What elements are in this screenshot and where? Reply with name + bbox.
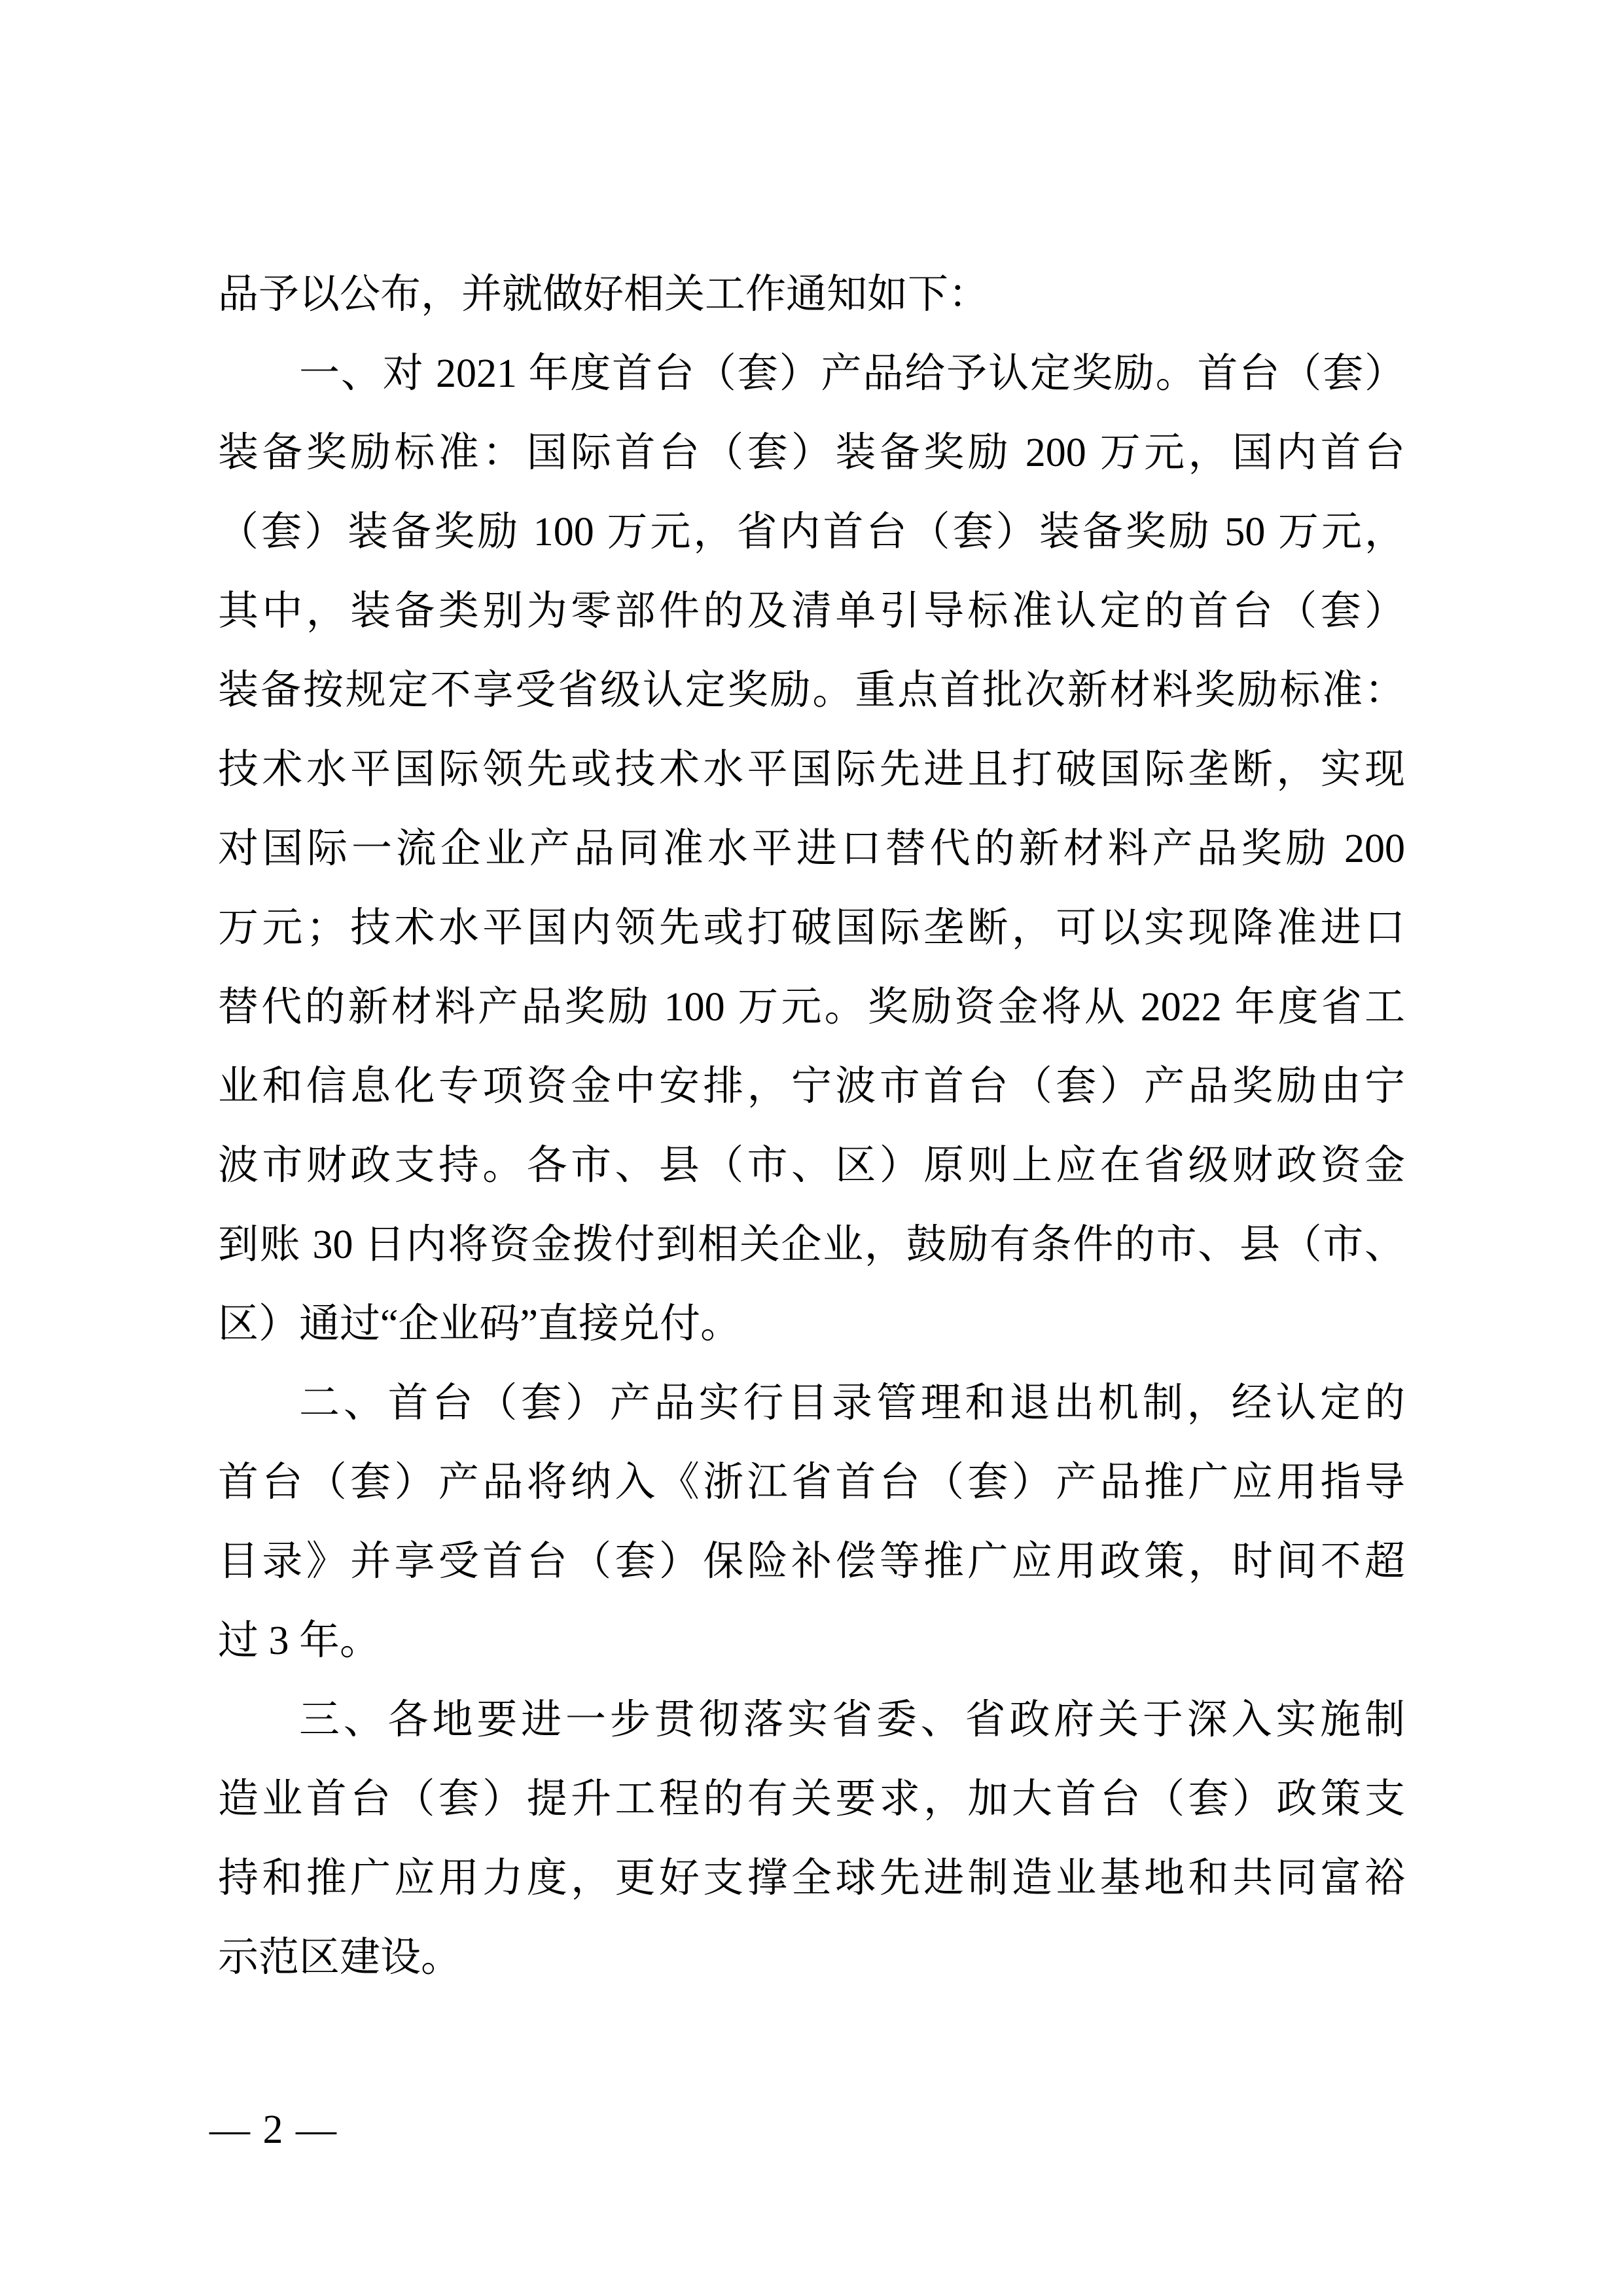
text-line: 装备奖励标准：国际首台（套）装备奖励 200 万元，国内首台 bbox=[218, 414, 1405, 493]
text-line: 造业首台（套）提升工程的有关要求，加大首台（套）政策支 bbox=[218, 1760, 1405, 1839]
text-line: 技术水平国际领先或技术水平国际先进且打破国际垄断，实现 bbox=[218, 730, 1405, 810]
page-number: — 2 — bbox=[209, 2102, 338, 2157]
text-line: 装备按规定不享受省级认定奖励。重点首批次新材料奖励标准： bbox=[218, 651, 1405, 730]
text-line: （套）装备奖励 100 万元，省内首台（套）装备奖励 50 万元， bbox=[218, 493, 1405, 572]
text-line: 业和信息化专项资金中安排，宁波市首台（套）产品奖励由宁 bbox=[218, 1047, 1405, 1126]
document-page: 品予以公布，并就做好相关工作通知如下：一、对 2021 年度首台（套）产品给予认… bbox=[0, 0, 1623, 2296]
text-line: 首台（套）产品将纳入《浙江省首台（套）产品推广应用指导 bbox=[218, 1443, 1405, 1522]
text-line: 过 3 年。 bbox=[218, 1602, 1405, 1681]
text-line: 其中，装备类别为零部件的及清单引导标准认定的首台（套） bbox=[218, 572, 1405, 651]
text-line: 对国际一流企业产品同准水平进口替代的新材料产品奖励 200 bbox=[218, 810, 1405, 889]
text-line: 持和推广应用力度，更好支撑全球先进制造业基地和共同富裕 bbox=[218, 1839, 1405, 1918]
text-line: 一、对 2021 年度首台（套）产品给予认定奖励。首台（套） bbox=[218, 334, 1405, 414]
text-line: 二、首台（套）产品实行目录管理和退出机制，经认定的 bbox=[218, 1364, 1405, 1443]
text-block: 品予以公布，并就做好相关工作通知如下：一、对 2021 年度首台（套）产品给予认… bbox=[218, 255, 1405, 1998]
text-line: 到账 30 日内将资金拨付到相关企业，鼓励有条件的市、县（市、 bbox=[218, 1206, 1405, 1285]
text-line: 目录》并享受首台（套）保险补偿等推广应用政策，时间不超 bbox=[218, 1522, 1405, 1602]
text-line: 波市财政支持。各市、县（市、区）原则上应在省级财政资金 bbox=[218, 1126, 1405, 1206]
text-line: 示范区建设。 bbox=[218, 1918, 1405, 1998]
text-line: 区）通过“企业码”直接兑付。 bbox=[218, 1285, 1405, 1364]
text-line: 品予以公布，并就做好相关工作通知如下： bbox=[218, 255, 1405, 334]
text-line: 替代的新材料产品奖励 100 万元。奖励资金将从 2022 年度省工 bbox=[218, 968, 1405, 1047]
text-line: 万元；技术水平国内领先或打破国际垄断，可以实现降准进口 bbox=[218, 889, 1405, 968]
text-line: 三、各地要进一步贯彻落实省委、省政府关于深入实施制 bbox=[218, 1681, 1405, 1760]
